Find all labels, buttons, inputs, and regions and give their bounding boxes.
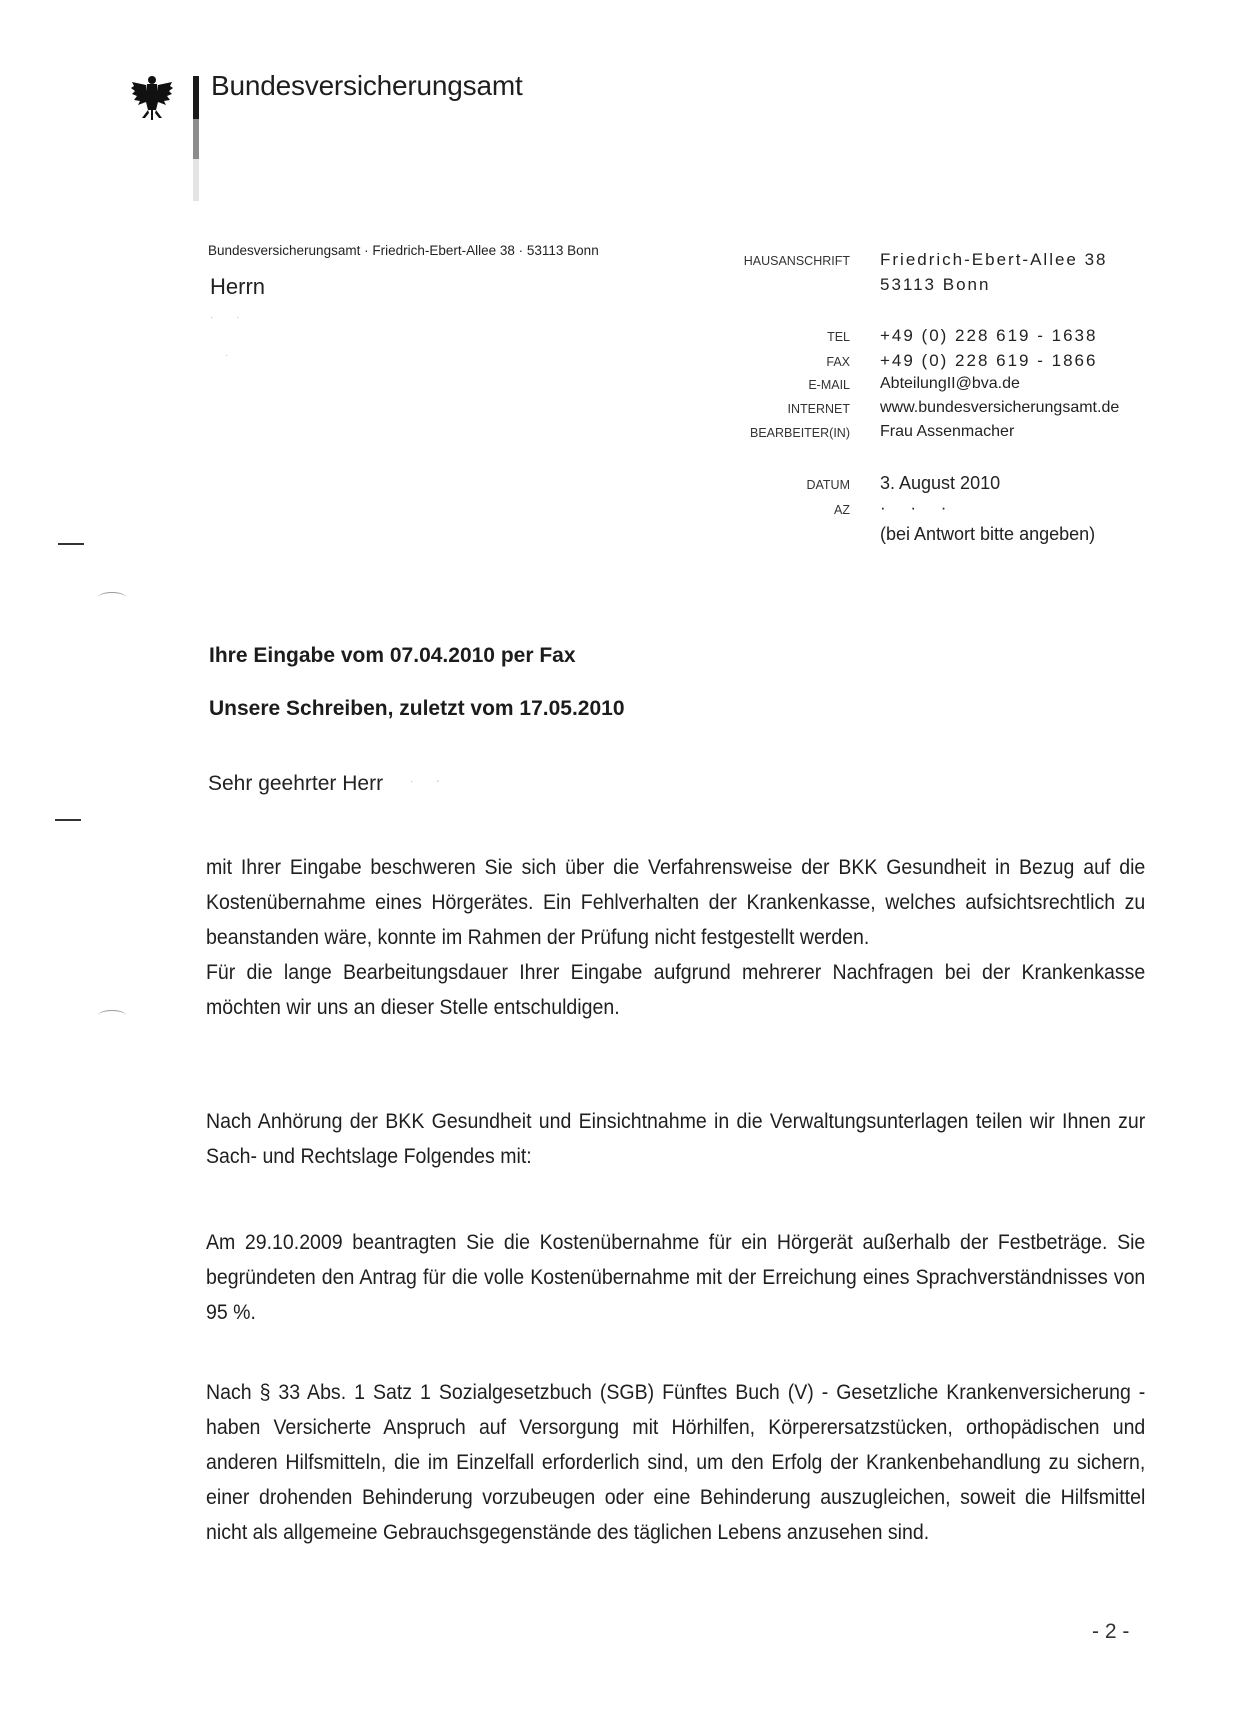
punch-mark-top (98, 592, 126, 603)
accent-bar-light (193, 159, 199, 201)
body-paragraph-2-text: Nach Anhörung der BKK Gesundheit und Ein… (206, 1104, 1145, 1174)
body-paragraph-3: Am 29.10.2009 beantragten Sie die Kosten… (206, 1225, 1145, 1330)
label-datum: DATUM (806, 478, 850, 492)
recipient-salutation: Herrn (210, 274, 265, 300)
value-bearbeiter: Frau Assenmacher (880, 423, 1014, 441)
body-paragraph-4: Nach § 33 Abs. 1 Satz 1 Sozialgesetzbuch… (206, 1375, 1145, 1550)
value-internet-link[interactable]: www.bundesversicherungsamt.de (880, 399, 1119, 417)
punch-mark-bottom (98, 1010, 126, 1021)
body-paragraph-1-text: mit Ihrer Eingabe beschweren Sie sich üb… (206, 850, 1145, 955)
value-datum: 3. August 2010 (880, 473, 1000, 494)
page-number: - 2 - (1092, 1620, 1129, 1644)
label-bearbeiter: BEARBEITER(IN) (750, 426, 850, 440)
body-paragraph-1: mit Ihrer Eingabe beschweren Sie sich üb… (206, 850, 1145, 1025)
body-paragraph-4-text: Nach § 33 Abs. 1 Satz 1 Sozialgesetzbuch… (206, 1375, 1145, 1550)
subject-line-2: Unsere Schreiben, zuletzt vom 17.05.2010 (209, 697, 625, 721)
federal-eagle-icon (130, 72, 174, 122)
fold-mark-middle (55, 819, 81, 821)
value-az-redacted: · · · (880, 498, 956, 518)
value-email-link[interactable]: AbteilungII@bva.de (880, 375, 1020, 393)
organization-name: Bundesversicherungsamt (211, 70, 523, 102)
body-paragraph-3-text: Am 29.10.2009 beantragten Sie die Kosten… (206, 1225, 1145, 1330)
greeting-name-redacted: · - (410, 776, 449, 787)
value-hausanschrift-street: Friedrich-Ebert-Allee 38 (880, 250, 1108, 270)
value-tel[interactable]: +49 (0) 228 619 - 1638 (880, 326, 1097, 346)
label-tel: TEL (827, 330, 850, 344)
label-email: E-MAIL (808, 378, 850, 392)
subject-line-1: Ihre Eingabe vom 07.04.2010 per Fax (209, 644, 576, 668)
greeting: Sehr geehrter Herr (208, 772, 383, 796)
label-az: AZ (834, 503, 850, 517)
value-hausanschrift-city: 53113 Bonn (880, 275, 990, 295)
az-note: (bei Antwort bitte angeben) (880, 524, 1095, 545)
accent-bar-gray (193, 119, 199, 159)
label-fax: FAX (826, 355, 850, 369)
return-address-line: Bundesversicherungsamt · Friedrich-Ebert… (208, 243, 599, 258)
recipient-address-redacted: · (225, 350, 238, 361)
value-fax: +49 (0) 228 619 - 1866 (880, 351, 1097, 371)
body-paragraph-2: Nach Anhörung der BKK Gesundheit und Ein… (206, 1104, 1145, 1174)
accent-bar-dark (193, 76, 199, 119)
body-paragraph-1-apology: Für die lange Bearbeitungsdauer Ihrer Ei… (206, 955, 1145, 1025)
label-hausanschrift: HAUSANSCHRIFT (744, 254, 850, 268)
label-internet: INTERNET (788, 402, 851, 416)
recipient-name-redacted: · · (210, 312, 249, 323)
fold-mark-top (58, 543, 84, 545)
